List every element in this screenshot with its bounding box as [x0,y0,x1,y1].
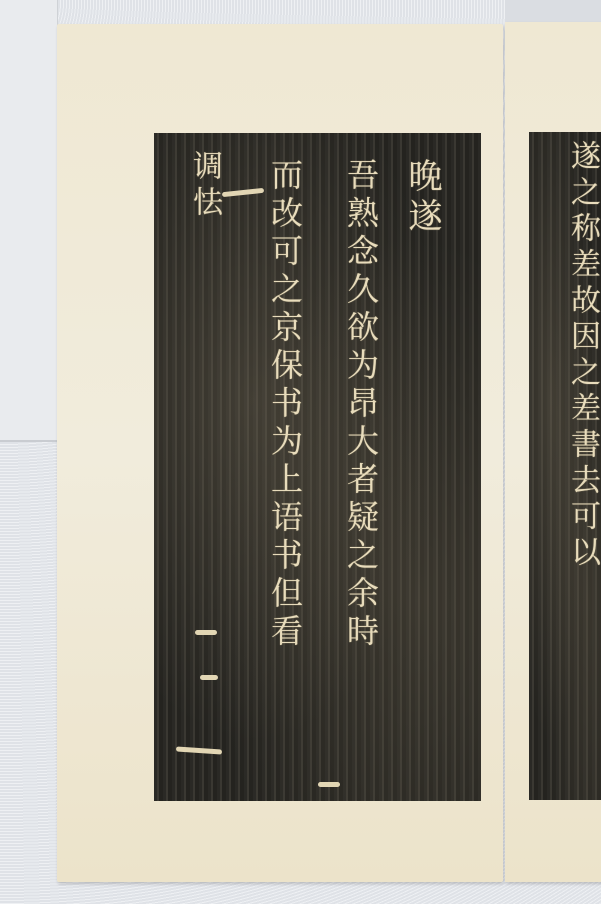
calligraphy-column-4: 调怯 [182,150,226,222]
foam-step [0,0,58,442]
brush-stroke [318,782,340,787]
calligraphy-column-1: 晚遂 [398,158,447,238]
calligraphy-column-3: 而改可之京保书为上语书但看 [262,158,308,652]
brush-stroke [200,675,218,680]
calligraphy-column-2: 吾熟念久欲为昂大者疑之余時 [338,158,384,652]
calligraphy-column-right-page: 遂之称差故因之差書去可以 [560,140,601,572]
brush-stroke [195,630,217,635]
top-strip [505,0,601,24]
